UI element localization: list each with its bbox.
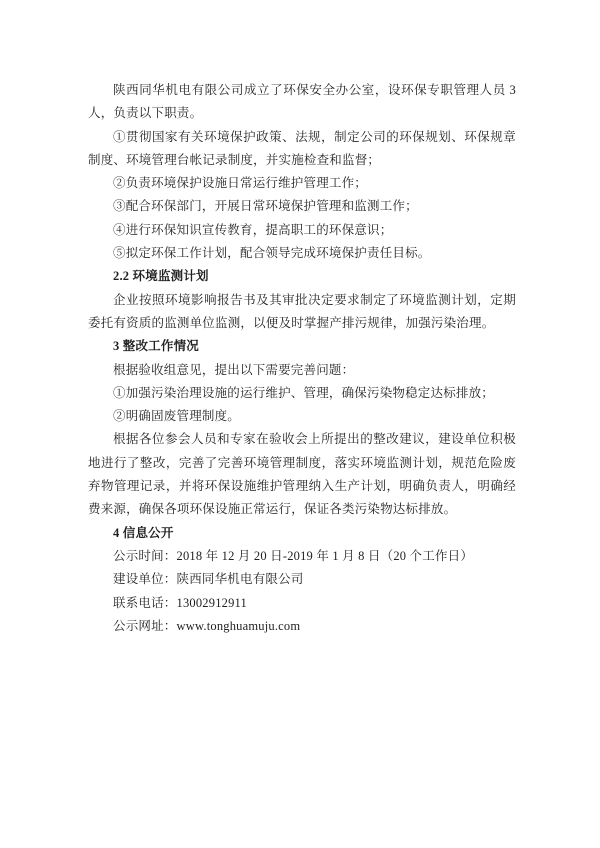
duty-item-4: ④进行环保知识宣传教育，提高职工的环保意识； xyxy=(88,219,516,242)
duty-item-5: ⑤拟定环保工作计划，配合领导完成环境保护责任目标。 xyxy=(88,242,516,265)
paragraph-company-responsibilities: 陕西同华机电有限公司成立了环保安全办公室，设环保专职管理人员 3 人，负责以下职… xyxy=(88,79,516,126)
rectification-item-1: ①加强污染治理设施的运行维护、管理，确保污染物稳定达标排放； xyxy=(88,382,516,405)
duty-item-3: ③配合环保部门，开展日常环境保护管理和监测工作； xyxy=(88,195,516,218)
document-page: 陕西同华机电有限公司成立了环保安全办公室，设环保专职管理人员 3 人，负责以下职… xyxy=(0,0,600,848)
rectification-item-2: ②明确固废管理制度。 xyxy=(88,405,516,428)
paragraph-monitoring-plan: 企业按照环境影响报告书及其审批决定要求制定了环境监测计划，定期委托有资质的监测单… xyxy=(88,289,516,336)
paragraph-rectification-actions: 根据各位参会人员和专家在验收会上所提出的整改建议，建设单位积极地进行了整改，完善… xyxy=(88,428,516,521)
info-line-construction-unit: 建设单位：陕西同华机电有限公司 xyxy=(88,568,516,591)
info-line-publicity-website: 公示网址：www.tonghuamuju.com xyxy=(88,615,516,638)
section-heading-information-disclosure: 4 信息公开 xyxy=(88,522,516,545)
duty-item-2: ②负责环境保护设施日常运行维护管理工作； xyxy=(88,172,516,195)
info-line-publicity-period: 公示时间：2018 年 12 月 20 日-2019 年 1 月 8 日（20 … xyxy=(88,545,516,568)
document-content: 陕西同华机电有限公司成立了环保安全办公室，设环保专职管理人员 3 人，负责以下职… xyxy=(88,79,516,638)
section-heading-monitoring-plan: 2.2 环境监测计划 xyxy=(88,265,516,288)
duty-item-1: ①贯彻国家有关环境保护政策、法规，制定公司的环保规划、环保规章制度、环境管理台帐… xyxy=(88,126,516,173)
paragraph-rectification-intro: 根据验收组意见，提出以下需要完善问题： xyxy=(88,359,516,382)
section-heading-rectification: 3 整改工作情况 xyxy=(88,335,516,358)
info-line-contact-phone: 联系电话：13002912911 xyxy=(88,592,516,615)
